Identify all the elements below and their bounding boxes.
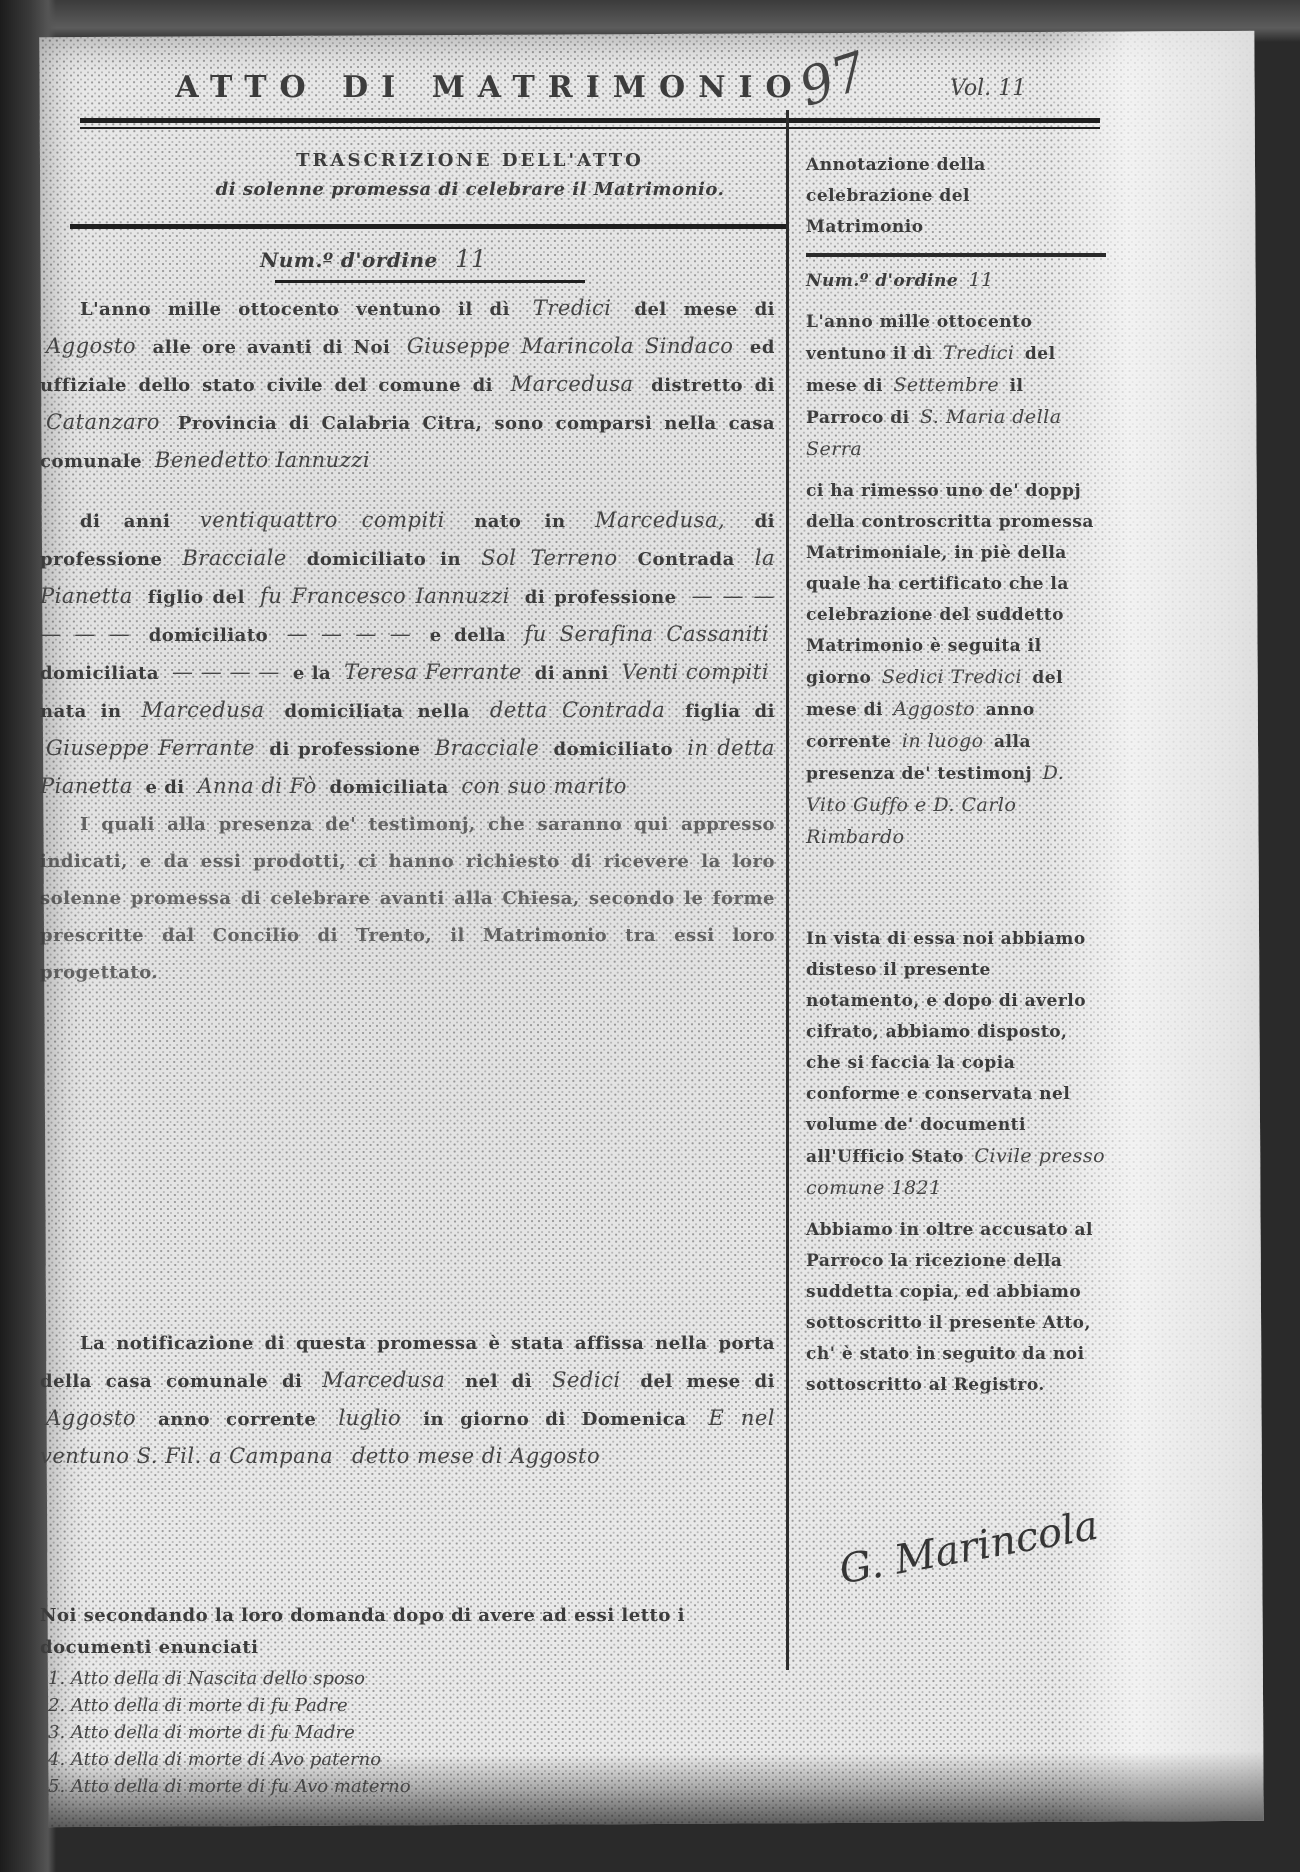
annotation-ordine: Num.º d'ordine 11 — [806, 265, 1106, 297]
print-text: domiciliato — [554, 739, 673, 760]
print-text: ci ha rimesso uno de' doppj della contro… — [806, 481, 1094, 688]
handwritten-comune: Marcedusa — [316, 1368, 451, 1392]
ordine-value: 11 — [455, 245, 487, 273]
handwritten-distretto: Catanzaro — [40, 410, 166, 434]
blank-dashes: — — — — — [166, 660, 286, 684]
print-text: in giorno di Domenica — [423, 1409, 686, 1430]
volume-reference: Vol. 11 — [950, 76, 1026, 101]
print-text: nata in — [40, 701, 122, 722]
annotation-rule — [806, 253, 1106, 257]
handwritten-officer: Giuseppe Marincola Sindaco — [401, 334, 739, 358]
ordine-label: Num.º d'ordine — [260, 248, 438, 272]
handwritten-day: Sedici Tredici — [878, 666, 1026, 688]
annotation-block-3: In vista di essa noi abbiamo disteso il … — [806, 924, 1106, 1205]
handwritten-mother: fu Serafina Cassaniti — [518, 622, 775, 646]
handwritten-bride-age: Venti compiti — [616, 660, 775, 684]
print-text: e della — [430, 625, 506, 646]
handwritten-month: Aggosto — [40, 334, 142, 358]
handwritten-month: Aggosto — [40, 1406, 142, 1430]
handwritten-month: Settembre — [889, 374, 1003, 396]
document-title: ATTO DI MATRIMONIO — [160, 70, 820, 105]
print-text: di professione — [525, 587, 677, 608]
handwritten-age: ventiquattro compiti — [194, 508, 451, 532]
annotation-block-4: Abbiamo in oltre accusato al Parroco la … — [806, 1215, 1106, 1401]
subtitle-line-2: di solenne promessa di celebrare il Matr… — [170, 179, 770, 200]
print-text: distretto di — [651, 375, 775, 396]
print-text: alle ore — [153, 337, 237, 358]
spacer — [40, 480, 775, 502]
column-divider — [786, 110, 789, 1670]
print-text: di anni — [535, 663, 609, 684]
annotation-column: Annotazione della celebrazione del Matri… — [806, 150, 1106, 1411]
print-text: domiciliata nella — [284, 701, 469, 722]
handwritten-domicile: Sol Terreno — [475, 546, 624, 570]
handwritten-bride: Teresa Ferrante — [338, 660, 528, 684]
print-text: anno corrente — [158, 1409, 316, 1430]
ordine-number: Num.º d'ordine 11 — [260, 245, 487, 273]
print-text: domiciliato — [149, 625, 268, 646]
title-rule — [80, 118, 1100, 123]
document-item: 1. Atto della di Nascita dello sposo — [48, 1665, 518, 1692]
handwritten-bride-father-profession: Bracciale — [429, 736, 545, 760]
spacer — [806, 864, 1106, 924]
annotation-block-2: ci ha rimesso uno de' doppj della contro… — [806, 476, 1106, 854]
title-rule-thin — [80, 127, 1100, 129]
print-text: In vista di essa noi abbiamo disteso il … — [806, 929, 1086, 1167]
paragraph-parties: di anni ventiquattro compiti nato in Mar… — [40, 502, 775, 806]
handwritten-place: in luogo — [898, 730, 988, 752]
document-item: 2. Atto della di morte di fu Padre — [48, 1692, 518, 1719]
print-text: e la — [293, 663, 331, 684]
print-text: di professione — [269, 739, 420, 760]
print-text: domiciliato in — [307, 549, 461, 570]
ordine-rule — [275, 280, 585, 283]
handwritten-bride-birthplace: Marcedusa — [136, 698, 271, 722]
print-text: figlia di — [685, 701, 775, 722]
notification-text: La notificazione di questa promessa è st… — [40, 1325, 775, 1476]
handwritten-month: Aggosto — [889, 698, 979, 720]
notification-paragraph: La notificazione di questa promessa è st… — [40, 1325, 775, 1476]
declaration-text: L'anno mille ottocento ventuno il dì Tre… — [40, 290, 775, 991]
handwritten-year: luglio — [332, 1406, 407, 1430]
print-text: del mese di — [634, 299, 775, 320]
print-text: avanti di Noi — [247, 337, 390, 358]
print-text: figlio del — [148, 587, 245, 608]
document-item: 5. Atto della di morte di fu Avo materno — [48, 1773, 518, 1800]
print-text: L'anno mille ottocento ventuno il dì — [80, 299, 510, 320]
handwritten-bride-mother: Anna di Fò — [191, 774, 322, 798]
documents-list: 1. Atto della di Nascita dello sposo 2. … — [48, 1665, 518, 1800]
annotation-header: Annotazione della celebrazione del Matri… — [806, 150, 1106, 243]
subtitle-rule — [70, 224, 786, 229]
paragraph-request: I quali alla presenza de' testimonj, che… — [40, 806, 775, 991]
annotation-header-line: Matrimonio — [806, 212, 1106, 243]
annotation-ordine-value: 11 — [965, 269, 998, 291]
print-text: e di — [146, 777, 185, 798]
document-item: 4. Atto della di morte di Avo paterno — [48, 1746, 518, 1773]
handwritten-day: Tredici — [939, 342, 1018, 364]
print-text: di anni — [80, 511, 170, 532]
handwritten-groom: Benedetto Iannuzzi — [149, 448, 376, 472]
handwritten-profession: Bracciale — [176, 546, 292, 570]
paragraph-intro: L'anno mille ottocento ventuno il dì Tre… — [40, 290, 775, 480]
handwritten-note-2: detto mese di Aggosto — [346, 1444, 606, 1468]
print-text: nel dì — [465, 1371, 532, 1392]
blank-dashes: — — — — — [281, 622, 418, 646]
subtitle-line-1: TRASCRIZIONE DELL'ATTO — [170, 150, 770, 171]
handwritten-bride-father: Giuseppe Ferrante — [40, 736, 261, 760]
handwritten-comune: Marcedusa — [505, 372, 640, 396]
handwritten-bride-domicile: detta Contrada — [484, 698, 671, 722]
document-item: 3. Atto della di morte di fu Madre — [48, 1719, 518, 1746]
print-text: domiciliata — [330, 777, 449, 798]
handwritten-bride-mother-domicile: con suo marito — [455, 774, 633, 798]
print-text: del mese di — [640, 1371, 775, 1392]
handwritten-day: Sedici — [546, 1368, 626, 1392]
annotation-ordine-label: Num.º d'ordine — [806, 271, 958, 291]
print-text: nato in — [474, 511, 565, 532]
noi-paragraph: Noi secondando la loro domanda dopo di a… — [40, 1600, 775, 1664]
handwritten-birthplace: Marcedusa, — [589, 508, 731, 532]
subtitle: TRASCRIZIONE DELL'ATTO di solenne promes… — [170, 150, 770, 200]
print-text: Contrada — [638, 549, 735, 570]
annotation-header-line: Annotazione della celebrazione del — [806, 150, 1106, 212]
print-text: domiciliata — [40, 663, 159, 684]
handwritten-day: Tredici — [527, 296, 618, 320]
annotation-block-1: L'anno mille ottocento ventuno il dì Tre… — [806, 307, 1106, 466]
handwritten-father: fu Francesco Iannuzzi — [254, 584, 516, 608]
